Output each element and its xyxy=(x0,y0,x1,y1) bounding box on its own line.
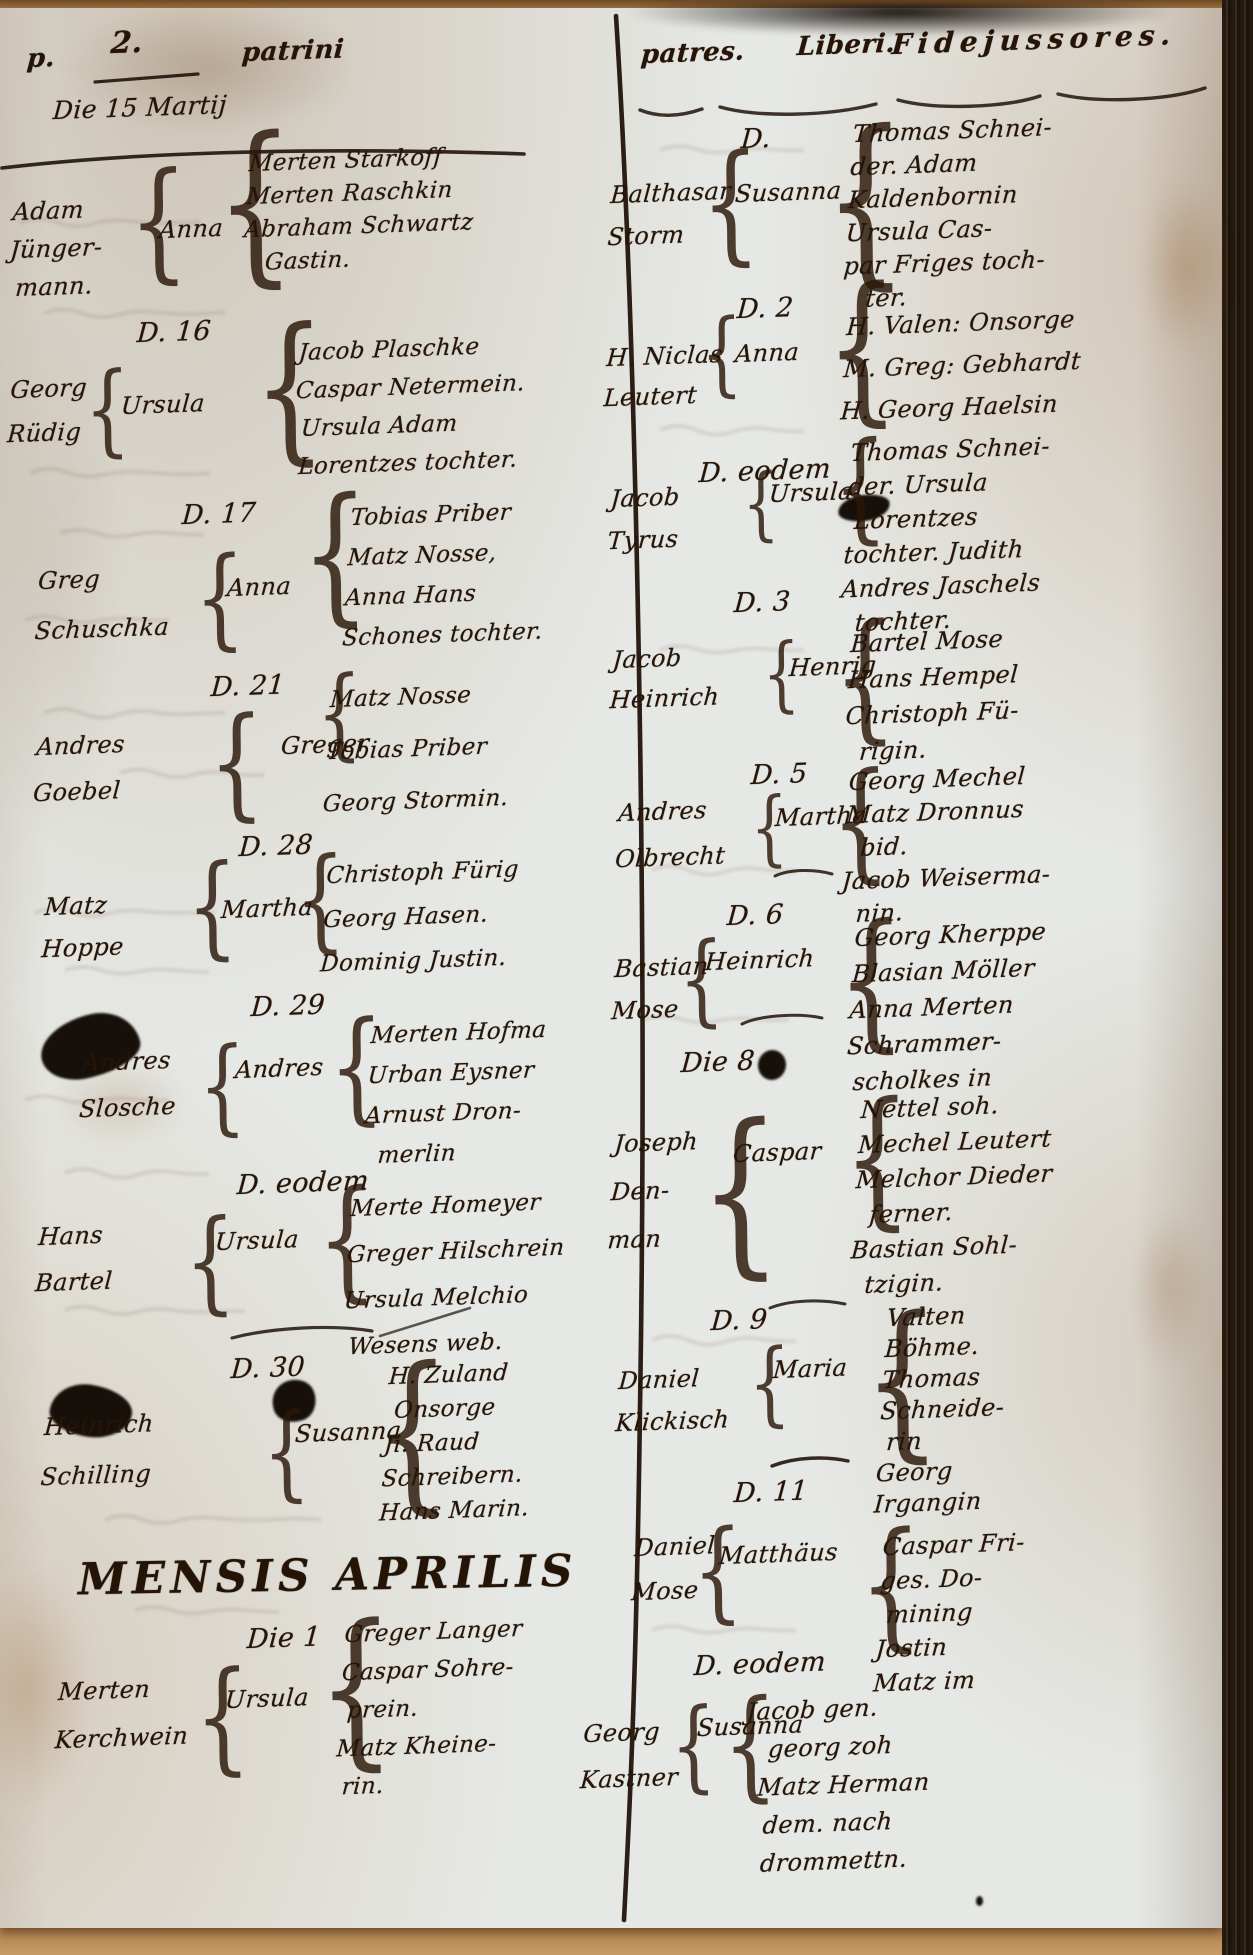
sponsor-names: Christoph FürigGeorg Hasen.Dominig Justi… xyxy=(319,847,521,986)
sponsor-names: Jacob PlaschkeCaspar Netermein. Ursula A… xyxy=(289,326,529,486)
father-name: MatzHoppe xyxy=(40,883,128,970)
brace-mark: { xyxy=(692,1515,744,1626)
sponsor-names: Caspar Fri-ges. Do- miningJostinMatz im xyxy=(872,1525,1026,1700)
father-name: HeinrichSchilling xyxy=(39,1398,156,1502)
child-name: Caspar xyxy=(732,1137,822,1168)
right-header-underline xyxy=(1058,88,1205,100)
separator-dash xyxy=(772,1458,848,1466)
child-name: Heinrich xyxy=(704,944,815,976)
entry-date: D. 3 xyxy=(733,586,792,619)
father-name: MertenKerchwein xyxy=(53,1663,193,1764)
father-name: JacobHeinrich xyxy=(608,636,723,720)
right-header-patres: patres. xyxy=(640,36,746,70)
brace-mark: { xyxy=(184,1205,237,1318)
child-name: Andres xyxy=(234,1053,324,1084)
manuscript-page: p. 2. patrini Die 15 Martij patres. Libe… xyxy=(0,8,1222,1928)
sponsor-names: Merten StarkoffMerten RaschkinAbraham Sc… xyxy=(241,140,479,280)
folio-mark: p. xyxy=(26,43,56,74)
brace-mark: { xyxy=(698,1101,783,1283)
father-name: GeorgKastner xyxy=(579,1708,684,1804)
entry-date: D. 29 xyxy=(250,989,326,1023)
sponsor-names: Nettel soh.Mechel LeutertMelchor Dieder … xyxy=(847,1086,1058,1304)
right-header-underline xyxy=(640,109,702,115)
separator-dash xyxy=(770,1301,845,1308)
brace-mark: { xyxy=(262,1399,311,1504)
father-name: AndresGoebel xyxy=(32,721,127,816)
entry-date: D. 2 xyxy=(736,292,795,325)
stain xyxy=(1130,1208,1210,1368)
child-name: Anna xyxy=(734,338,800,368)
father-name: AdamJünger- mann. xyxy=(6,190,106,308)
father-name: GregSchuschka xyxy=(33,551,174,656)
child-name: Ursula xyxy=(214,1225,300,1256)
sponsor-names: ValtenBöhme.ThomasSchneide- rinGeorgIrga… xyxy=(873,1299,1012,1521)
entry-date: D. 11 xyxy=(733,1475,809,1509)
father-name: AndresOlbrecht xyxy=(614,786,731,882)
left-column-date-header: Die 15 Martij xyxy=(52,90,228,125)
child-name: Ursula xyxy=(224,1683,310,1714)
father-name: AndresSlosche xyxy=(78,1037,181,1133)
ink-blot xyxy=(756,1048,789,1082)
stain xyxy=(1140,178,1230,358)
separator-dash xyxy=(742,1015,822,1024)
sponsor-names: Tobias PriberMatz Nosse,Anna HansSchones… xyxy=(341,491,553,658)
father-name: HansBartel xyxy=(34,1211,118,1306)
entry-date: D. 6 xyxy=(726,899,785,932)
sponsor-names: H. Valen: OnsorgeM. Greg: GebhardtH. Geo… xyxy=(839,298,1085,433)
desk-surface-bottom xyxy=(0,1926,1253,1955)
entry-date: Die 1 xyxy=(246,1621,322,1655)
folio-number: 2. xyxy=(110,25,145,61)
brace-mark: { xyxy=(678,929,725,1030)
entry-date: D. 16 xyxy=(136,315,212,349)
folio-underline xyxy=(95,74,198,82)
father-name: JacobTyrus xyxy=(606,476,683,563)
sponsor-names: H. Zuland OnsorgeJi. RaudSchreibern.Hans… xyxy=(378,1355,540,1531)
sponsor-names: Merten HofmaUrban EysnerArnust Dron- mer… xyxy=(361,1010,548,1177)
child-name: Matthäus xyxy=(718,1538,839,1570)
book-binding-edge xyxy=(1222,0,1253,1955)
child-name: Ursula xyxy=(120,389,206,420)
entry-date: Die 8 xyxy=(680,1045,756,1079)
right-header-underline xyxy=(898,96,1040,106)
entry-date: D. 30 xyxy=(230,1351,306,1385)
child-name: Maria xyxy=(772,1353,848,1384)
father-name: DanielKlickisch xyxy=(614,1356,734,1444)
father-name: GeorgRüdig xyxy=(6,365,89,456)
right-header-liberi: Liberi. xyxy=(796,29,896,63)
sponsor-names: Matz NosseTobias PriberGeorg Stormin. xyxy=(321,668,517,831)
father-name: JosephDen-man xyxy=(606,1117,700,1264)
child-name: Anna xyxy=(158,214,224,244)
fly-speck xyxy=(976,1896,983,1906)
brace-mark: { xyxy=(194,1655,251,1778)
brace-mark: { xyxy=(208,701,265,824)
sponsor-names: Greger LangerCaspar Sohre- prein.Matz Kh… xyxy=(333,1610,524,1807)
brace-mark: { xyxy=(670,1695,717,1796)
entry-date: D. 17 xyxy=(181,497,257,531)
brace-mark: { xyxy=(198,1033,247,1138)
left-column-header: patrini xyxy=(241,34,345,68)
child-name: Anna xyxy=(226,572,292,602)
sponsor-names: Jacob gen. georg zoh Matz Herman dem. na… xyxy=(735,1686,937,1883)
